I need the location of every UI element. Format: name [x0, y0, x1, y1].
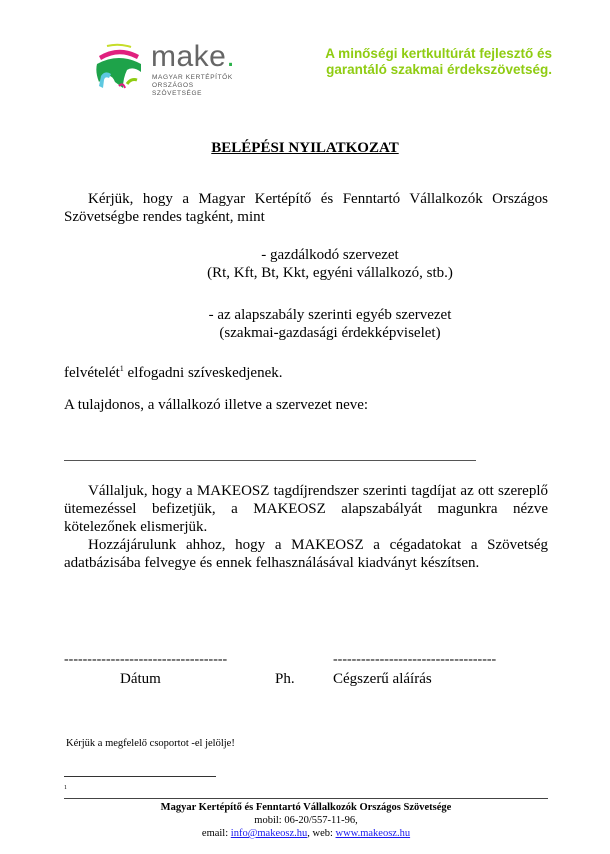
footer-rule	[64, 798, 548, 799]
footer-mobile: mobil: 06-20/557-11-96,	[64, 814, 548, 827]
commitment-paragraph: Vállaljuk, hogy a MAKEOSZ tagdíjrendszer…	[64, 482, 548, 536]
name-field-label: A tulajdonos, a vállalkozó illetve a sze…	[64, 396, 368, 414]
date-label: Dátum	[120, 670, 161, 688]
option-other-org-label: - az alapszabály szerinti egyéb szerveze…	[130, 306, 530, 324]
make-logo: make. MAGYAR KERTÉPÍTŐK ORSZÁGOS SZÖVETS…	[93, 40, 243, 95]
signature-label: Cégszerű aláírás	[333, 670, 432, 688]
name-field[interactable]	[64, 440, 476, 458]
consent-paragraph: Hozzájárulunk ahhoz, hogy a MAKEOSZ a cé…	[64, 536, 548, 572]
name-field-underline	[64, 460, 476, 461]
signature-dash-line: -----------------------------------	[333, 652, 496, 668]
option-business-org-label: - gazdálkodó szervezet	[130, 246, 530, 264]
logo-wordmark: make.	[151, 42, 235, 72]
logo-subtitle-line2: ORSZÁGOS SZÖVETSÉGE	[152, 82, 243, 98]
website-link[interactable]: www.makeosz.hu	[336, 828, 411, 839]
tagline-line1: A minőségi kertkultúrát fejlesztő és	[272, 46, 552, 62]
logo-subtitle-line1: MAGYAR KERTÉPÍTŐK	[152, 74, 233, 82]
tagline-line2: garantáló szakmai érdekszövetség.	[272, 62, 552, 78]
footer: Magyar Kertépítő és Fenntartó Vállalkozó…	[64, 801, 548, 840]
option-business-org[interactable]: - gazdálkodó szervezet (Rt, Kft, Bt, Kkt…	[130, 246, 530, 282]
intro-paragraph: Kérjük, hogy a Magyar Kertépítő és Fennt…	[64, 190, 548, 226]
option-other-org[interactable]: - az alapszabály szerinti egyéb szerveze…	[130, 306, 530, 342]
date-dash-line: -----------------------------------	[64, 652, 227, 668]
option-other-org-detail: (szakmai-gazdasági érdekképviselet)	[130, 324, 530, 342]
admission-request: felvételét1 elfogadni szíveskedjenek.	[64, 360, 283, 382]
tagline: A minőségi kertkultúrát fejlesztő és gar…	[272, 46, 552, 78]
make-logo-mark-icon	[93, 42, 145, 94]
footer-contact: email: info@makeosz.hu, web: www.makeosz…	[64, 827, 548, 840]
stamp-label: Ph.	[275, 670, 295, 688]
email-link[interactable]: info@makeosz.hu	[231, 828, 307, 839]
page-title: BELÉPÉSI NYILATKOZAT	[0, 140, 610, 157]
footer-org-name: Magyar Kertépítő és Fenntartó Vállalkozó…	[64, 801, 548, 814]
footnote-separator	[64, 776, 216, 777]
footnote-number: 1	[64, 785, 67, 791]
option-business-org-detail: (Rt, Kft, Bt, Kkt, egyéni vállalkozó, st…	[130, 264, 530, 282]
footnote-text: Kérjük a megfelelő csoportot -el jelölje…	[66, 738, 235, 749]
